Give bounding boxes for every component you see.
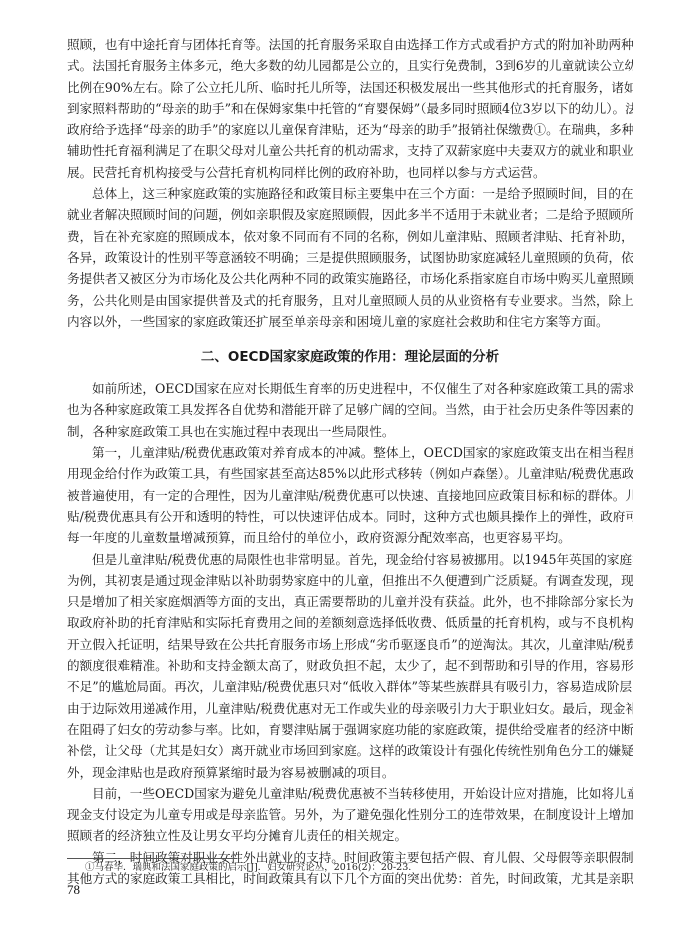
text-line: 务提供者又被区分为市场化及公共化两种不同的政策实施路径，市场化系指家庭自市场中购… bbox=[67, 268, 633, 289]
text-line: 目前，一些OECD国家为避免儿童津贴/税费优惠被不当转移使用，开始设计应对措施，… bbox=[67, 783, 633, 804]
text-line: 贴/税费优惠具有公开和透明的特性，可以快速评估成本。同时，这种方式也颇具操作上的… bbox=[67, 506, 633, 527]
text-line: 由于边际效用递减作用，儿童津贴/税费优惠对无工作或失业的母亲吸引力大于职业妇女。… bbox=[67, 698, 633, 719]
paragraph: 目前，一些OECD国家为避免儿童津贴/税费优惠被不当转移使用，开始设计应对措施，… bbox=[67, 783, 633, 847]
page-number: 78 bbox=[67, 882, 80, 898]
text-line: 开立假入托证明，结果导致在公共托育服务市场上形成“劣币驱逐良币”的逆淘汰。其次，… bbox=[67, 634, 633, 655]
text-line: 外，现金津贴也是政府预算紧缩时最为容易被删减的项目。 bbox=[67, 762, 633, 783]
text-line: 务，公共化则是由国家提供普及式的托育服务，且对儿童照顾人员的从业资格有专业要求。… bbox=[67, 290, 633, 311]
text-line: 式。法国托育服务主体多元，绝大多数的幼儿园都是公立的，且实行免费制，3到6岁的儿… bbox=[67, 55, 633, 76]
section-heading: 二、OECD国家家庭政策的作用：理论层面的分析 bbox=[67, 340, 633, 374]
text-line: 政府给予选择“母亲的助手”的家庭以儿童保育津贴，还为“母亲的助手”报销社保缴费①… bbox=[67, 119, 633, 140]
text-line: 也为各种家庭政策工具发挥各自优势和潜能开辟了足够广阔的空间。当然，由于社会历史条… bbox=[67, 399, 633, 420]
paragraph: 如前所述，OECD国家在应对长期低生育率的历史进程中，不仅催生了对各种家庭政策工… bbox=[67, 378, 633, 442]
text-line: 展。民营托育机构接受与公营托育机构同样比例的政府补助，也同样以参与方式运营。 bbox=[67, 162, 633, 183]
text-line: 到家照料帮助的“母亲的助手”和在保姆家集中托管的“育婴保姆”（最多同时照顾4位3… bbox=[67, 98, 633, 119]
text-line: 但是儿童津贴/税费优惠的局限性也非常明显。首先，现金给付容易被挪用。以1945年… bbox=[67, 549, 633, 570]
text-line: 只是增加了相关家庭烟酒等方面的支出，真正需要帮助的儿童并没有获益。此外，也不排除… bbox=[67, 591, 633, 612]
text-line: 就业者解决照顾时间的问题，例如亲职假及家庭照顾假，因此多半不适用于未就业者；二是… bbox=[67, 204, 633, 225]
text-line: 费，旨在补充家庭的照顾成本，依对象不同而有不同的名称，例如儿童津贴、照顾者津贴、… bbox=[67, 226, 633, 247]
text-line: 总体上，这三种家庭政策的实施路径和政策目标主要集中在三个方面：一是给予照顾时间，… bbox=[67, 183, 633, 204]
text-line: 的额度很难精准。补助和支持金额太高了，财政负担不起，太少了，起不到帮助和引导的作… bbox=[67, 655, 633, 676]
paragraph: 总体上，这三种家庭政策的实施路径和政策目标主要集中在三个方面：一是给予照顾时间，… bbox=[67, 183, 633, 332]
text-line: 在阻碍了妇女的劳动参与率。比如，育婴津贴属于强调家庭功能的家庭政策，提供给受雇者… bbox=[67, 719, 633, 740]
footnote: ①马春华．瑞典和法国家庭政策的启示[J]．妇女研究论丛，2016(2)：20-2… bbox=[85, 861, 411, 875]
text-line: 第一，儿童津贴/税费优惠政策对养育成本的冲减。整体上，OECD国家的家庭政策支出… bbox=[67, 442, 633, 463]
text-line: 补偿，让父母（尤其是妇女）离开就业市场回到家庭。这样的政策设计有强化传统性别角色… bbox=[67, 740, 633, 761]
text-line: 内容以外，一些国家的家庭政策还扩展至单亲母亲和困境儿童的家庭社会救助和住宅方案等… bbox=[67, 311, 633, 332]
text-line: 比例在90%左右。除了公立托儿所、临时托儿所等，法国还积极发展出一些其他形式的托… bbox=[67, 77, 633, 98]
text-line: 照顾者的经济独立性及让男女平均分摊育儿责任的相关规定。 bbox=[67, 825, 633, 846]
text-line: 现金支付设定为儿童专用或是母亲监管。另外，为了避免强化性别分工的连带效果，在制度… bbox=[67, 804, 633, 825]
paragraph: 第一，儿童津贴/税费优惠政策对养育成本的冲减。整体上，OECD国家的家庭政策支出… bbox=[67, 442, 633, 548]
paragraph: 照顾，也有中途托育与团体托育等。法国的托育服务采取自由选择工作方式或看护方式的附… bbox=[67, 34, 633, 183]
article-body: 照顾，也有中途托育与团体托育等。法国的托育服务采取自由选择工作方式或看护方式的附… bbox=[67, 34, 633, 889]
text-line: 为例，其初衷是通过现金津贴以补助弱势家庭中的儿童，但推出不久便遭到广泛质疑。有调… bbox=[67, 570, 633, 591]
text-line: 辅助性托育福利满足了在职父母对儿童公共托育的机动需求，支持了双薪家庭中夫妻双方的… bbox=[67, 140, 633, 161]
text-line: 每一年度的儿童数量增减预算，而且给付的单位小，政府资源分配效率高，也更容易平均。 bbox=[67, 527, 633, 548]
text-line: 不足”的尴尬局面。再次，儿童津贴/税费优惠只对“低收入群体”等某些族群具有吸引力… bbox=[67, 676, 633, 697]
text-line: 取政府补助的托育津贴和实际托育费用之间的差额刻意选择低收费、低质量的托育机构，或… bbox=[67, 612, 633, 633]
text-line: 用现金给付作为政策工具，有些国家甚至高达85%以此形式移转（例如卢森堡）。儿童津… bbox=[67, 463, 633, 484]
paragraph: 但是儿童津贴/税费优惠的局限性也非常明显。首先，现金给付容易被挪用。以1945年… bbox=[67, 549, 633, 783]
text-line: 照顾，也有中途托育与团体托育等。法国的托育服务采取自由选择工作方式或看护方式的附… bbox=[67, 34, 633, 55]
text-line: 如前所述，OECD国家在应对长期低生育率的历史进程中，不仅催生了对各种家庭政策工… bbox=[67, 378, 633, 399]
text-line: 各异，政策设计的性别平等意涵较不明确；三是提供照顾服务，试图协助家庭减轻儿童照顾… bbox=[67, 247, 633, 268]
text-line: 被普遍使用，有一定的合理性，因为儿童津贴/税费优惠可以快速、直接地回应政策目标和… bbox=[67, 485, 633, 506]
text-line: 制，各种家庭政策工具也在实施过程中表现出一些局限性。 bbox=[67, 421, 633, 442]
footnote-divider bbox=[67, 858, 237, 859]
